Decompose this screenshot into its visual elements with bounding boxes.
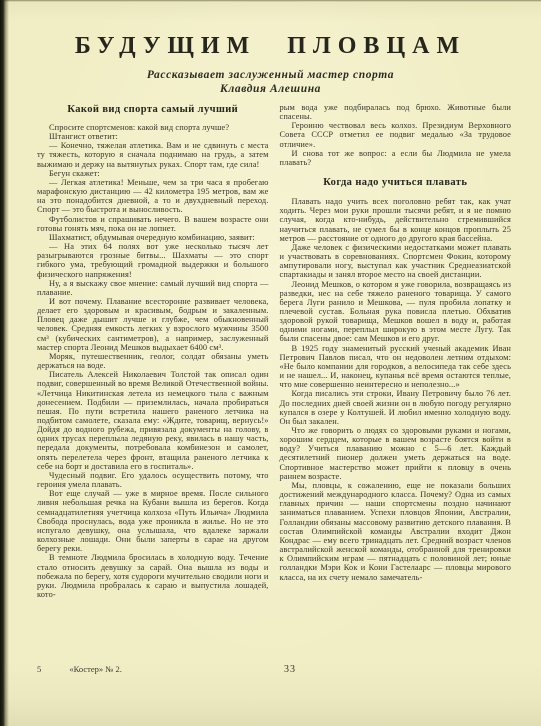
- paragraph: Вот еще случай — уже в мирное время. Пос…: [37, 489, 269, 553]
- paragraph: И вот почему. Плавание всесторонне разви…: [37, 297, 269, 352]
- paragraph: Моряк, путешественник, геолог, солдат об…: [37, 352, 269, 370]
- right-column: рым вода уже подбиралась под брюхо. Живо…: [280, 103, 512, 599]
- paragraph: Ну, а я выскажу свое мнение: самый лучши…: [37, 279, 269, 297]
- paragraph: Бегун скажет:: [37, 169, 269, 178]
- paragraph: Штангист ответит:: [37, 132, 269, 141]
- paragraph: Что же говорить о людях со здоровыми рук…: [280, 426, 512, 481]
- section-heading-best-sport: Какой вид спорта самый лучший: [37, 104, 269, 116]
- paragraph: Леонид Мешков, о котором я уже говорила,…: [280, 280, 512, 344]
- paragraph: Когда писались эти строки, Ивану Петрови…: [280, 389, 512, 426]
- paragraph: — Легкая атлетика! Меньше, чем за три ча…: [37, 178, 269, 215]
- page-footer: 5 «Костер» № 2. 33: [37, 664, 511, 674]
- scan-edge-left: [0, 0, 9, 726]
- scan-edge-top: [0, 0, 541, 2]
- paragraph: Спросите спортсменов: какой вид спорта л…: [37, 123, 269, 132]
- paragraph: Героиню чествовал весь колхоз. Президиум…: [280, 121, 512, 148]
- article-body: Какой вид спорта самый лучший Спросите с…: [37, 103, 511, 599]
- paragraph: Плавать надо учить всех поголовно ребят …: [280, 197, 512, 243]
- paragraph: Чудесный подвиг. Его удалось осуществить…: [37, 471, 269, 489]
- article-header: БУДУЩИМ ПЛОВЦАМ Рассказывает заслуженный…: [0, 33, 541, 96]
- article-subtitle: Рассказывает заслуженный мастер спорта К…: [0, 69, 541, 96]
- paragraph: Писатель Алексей Николаевич Толстой так …: [37, 370, 269, 471]
- left-column: Какой вид спорта самый лучший Спросите с…: [37, 103, 269, 599]
- paragraph: рым вода уже подбиралась под брюхо. Живо…: [280, 103, 512, 121]
- paragraph: В 1925 году знаменитый русский ученый ак…: [280, 344, 512, 390]
- magazine-page: БУДУЩИМ ПЛОВЦАМ Рассказывает заслуженный…: [0, 0, 541, 726]
- paragraph: — Конечно, тяжелая атлетика. Вам и не сд…: [37, 141, 269, 168]
- subtitle-line-2: Клавдия Алешина: [0, 83, 541, 97]
- page-number: 33: [284, 664, 296, 675]
- section-heading-when-to-learn: Когда надо учиться плавать: [280, 177, 512, 189]
- paragraph: И снова тот же вопрос: а если бы Людмила…: [280, 149, 512, 167]
- paragraph: — На этих 64 полях вот уже несколько тыс…: [37, 242, 269, 279]
- signature-number: 5: [37, 664, 41, 674]
- article-title: БУДУЩИМ ПЛОВЦАМ: [0, 33, 541, 59]
- paragraph: Футболистов и спрашивать нечего. В вашем…: [37, 215, 269, 233]
- subtitle-line-1: Рассказывает заслуженный мастер спорта: [0, 69, 541, 83]
- paragraph: В темноте Людмила бросилась в холодную в…: [37, 553, 269, 599]
- paragraph: Шахматист, обдумывая очередную комбинаци…: [37, 233, 269, 242]
- paragraph: Мы, пловцы, к сожалению, еще не показали…: [280, 481, 512, 582]
- paragraph: Даже человек с физическими недостатками …: [280, 243, 512, 280]
- magazine-issue: «Костер» № 2.: [69, 664, 121, 674]
